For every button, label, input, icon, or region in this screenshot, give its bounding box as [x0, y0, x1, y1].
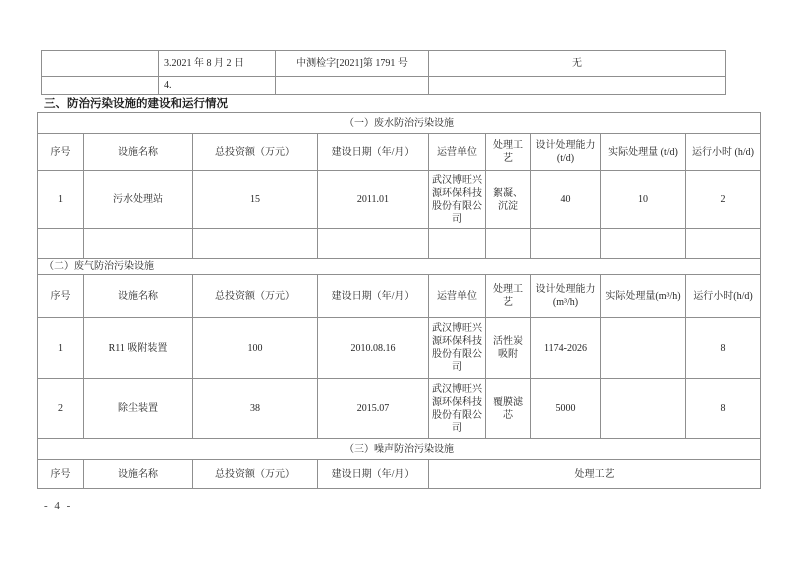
empty-cell	[84, 229, 193, 259]
data-cell: 武汉博旺兴源环保科技股份有限公司	[429, 318, 486, 379]
data-cell: 覆膜滤芯	[486, 379, 531, 439]
empty-cell	[38, 229, 84, 259]
header-cell: 建设日期（年/月）	[318, 460, 429, 489]
empty-cell	[193, 229, 318, 259]
empty-cell	[276, 77, 429, 95]
empty-cell	[686, 229, 761, 259]
facilities-table: （一）废水防治污染设施 序号 设施名称 总投资额（万元） 建设日期（年/月） 运…	[37, 112, 761, 489]
section-heading: 三、防治污染设施的建设和运行情况	[44, 95, 228, 111]
table-row: 4.	[42, 77, 726, 95]
data-cell: 2	[38, 379, 84, 439]
header-cell: 设施名称	[84, 134, 193, 171]
data-cell: 武汉博旺兴源环保科技股份有限公司	[429, 171, 486, 229]
data-cell	[601, 379, 686, 439]
data-cell: 活性炭吸附	[486, 318, 531, 379]
header-cell: 总投资额（万元）	[193, 275, 318, 318]
item-number-cell: 4.	[159, 77, 276, 95]
data-cell: 1174-2026	[531, 318, 601, 379]
header-cell: 序号	[38, 275, 84, 318]
header-cell: 设计处理能力 (t/d)	[531, 134, 601, 171]
data-cell: 1	[38, 171, 84, 229]
data-cell: 2	[686, 171, 761, 229]
data-cell: 40	[531, 171, 601, 229]
table-row: （一）废水防治污染设施	[38, 113, 761, 134]
document-page: 3.2021 年 8 月 2 日 中测检字[2021]第 1791 号 无 4.…	[0, 0, 800, 565]
header-cell: 设计处理能力(m³/h)	[531, 275, 601, 318]
data-cell: 15	[193, 171, 318, 229]
data-cell	[601, 318, 686, 379]
data-cell: 100	[193, 318, 318, 379]
data-cell: 5000	[531, 379, 601, 439]
data-cell: 2011.01	[318, 171, 429, 229]
header-cell: 设施名称	[84, 275, 193, 318]
header-cell: 序号	[38, 460, 84, 489]
section-title-cell: （三）噪声防治污染设施	[38, 439, 761, 460]
data-cell: R11 吸附装置	[84, 318, 193, 379]
header-cell: 实际处理量 (t/d)	[601, 134, 686, 171]
data-cell: 武汉博旺兴源环保科技股份有限公司	[429, 379, 486, 439]
data-cell: 污水处理站	[84, 171, 193, 229]
data-cell: 8	[686, 318, 761, 379]
data-cell: 絮凝、沉淀	[486, 171, 531, 229]
table-header-row: 序号 设施名称 总投资额（万元） 建设日期（年/月） 处理工艺	[38, 460, 761, 489]
header-cell: 处理工艺	[429, 460, 761, 489]
data-cell: 8	[686, 379, 761, 439]
header-cell: 处理工艺	[486, 134, 531, 171]
table-header-row: 序号 设施名称 总投资额（万元） 建设日期（年/月） 运营单位 处理工艺 设计处…	[38, 134, 761, 171]
empty-cell	[429, 77, 726, 95]
header-cell: 建设日期（年/月）	[318, 134, 429, 171]
previous-section-table: 3.2021 年 8 月 2 日 中测检字[2021]第 1791 号 无 4.	[41, 50, 726, 95]
data-cell: 38	[193, 379, 318, 439]
data-cell: 2015.07	[318, 379, 429, 439]
page-number: - 4 -	[44, 500, 72, 512]
empty-cell	[429, 229, 486, 259]
empty-cell	[42, 77, 159, 95]
data-cell: 10	[601, 171, 686, 229]
report-number-cell: 中测检字[2021]第 1791 号	[276, 51, 429, 77]
header-cell: 实际处理量(m³/h)	[601, 275, 686, 318]
header-cell: 总投资额（万元）	[193, 460, 318, 489]
table-row: （二）废气防治污染设施	[38, 259, 761, 275]
table-row: 3.2021 年 8 月 2 日 中测检字[2021]第 1791 号 无	[42, 51, 726, 77]
header-cell: 运行小时 (h/d)	[686, 134, 761, 171]
header-cell: 运营单位	[429, 134, 486, 171]
table-row: （三）噪声防治污染设施	[38, 439, 761, 460]
data-cell: 2010.08.16	[318, 318, 429, 379]
header-cell: 总投资额（万元）	[193, 134, 318, 171]
result-cell: 无	[429, 51, 726, 77]
header-cell: 运营单位	[429, 275, 486, 318]
header-cell: 设施名称	[84, 460, 193, 489]
table-row: 2 除尘装置 38 2015.07 武汉博旺兴源环保科技股份有限公司 覆膜滤芯 …	[38, 379, 761, 439]
header-cell: 建设日期（年/月）	[318, 275, 429, 318]
empty-cell	[486, 229, 531, 259]
data-cell: 1	[38, 318, 84, 379]
section-title-cell: （一）废水防治污染设施	[38, 113, 761, 134]
inspection-date-cell: 3.2021 年 8 月 2 日	[159, 51, 276, 77]
section-title-cell: （二）废气防治污染设施	[38, 259, 761, 275]
header-cell: 处理工艺	[486, 275, 531, 318]
empty-cell	[318, 229, 429, 259]
header-cell: 运行小时(h/d)	[686, 275, 761, 318]
table-row: 1 R11 吸附装置 100 2010.08.16 武汉博旺兴源环保科技股份有限…	[38, 318, 761, 379]
header-cell: 序号	[38, 134, 84, 171]
empty-cell	[601, 229, 686, 259]
data-cell: 除尘装置	[84, 379, 193, 439]
table-header-row: 序号 设施名称 总投资额（万元） 建设日期（年/月） 运营单位 处理工艺 设计处…	[38, 275, 761, 318]
table-row: 1 污水处理站 15 2011.01 武汉博旺兴源环保科技股份有限公司 絮凝、沉…	[38, 171, 761, 229]
empty-cell	[42, 51, 159, 77]
table-row	[38, 229, 761, 259]
empty-cell	[531, 229, 601, 259]
